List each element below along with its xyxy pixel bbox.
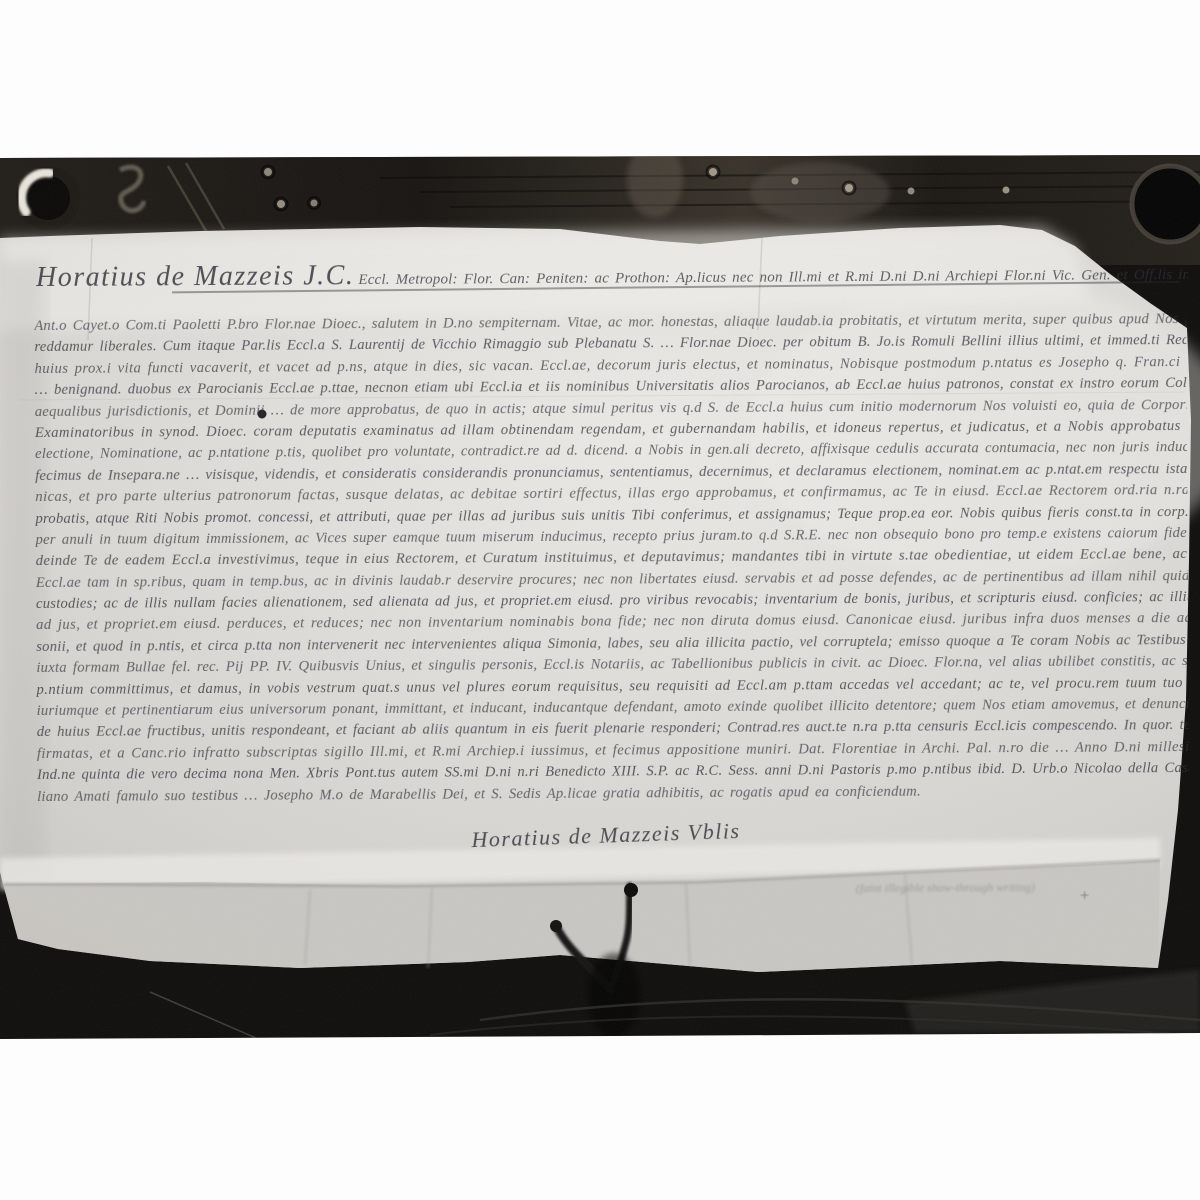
film-grain	[0, 150, 1200, 1045]
photograph-of-parchment-charter: Horatius de Mazzeis J.C. Eccl. Metropol:…	[0, 0, 1200, 1200]
photo	[0, 0, 1200, 1200]
